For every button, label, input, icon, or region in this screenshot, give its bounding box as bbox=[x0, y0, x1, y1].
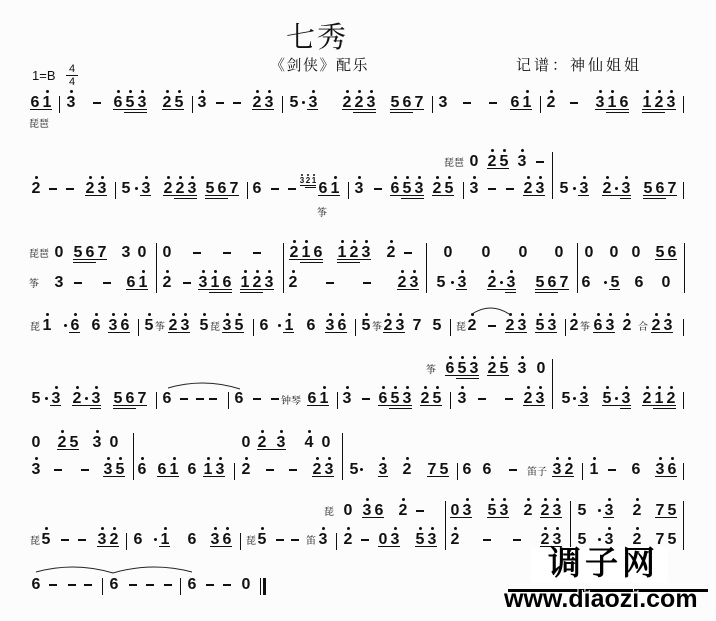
slur bbox=[472, 308, 509, 314]
slur bbox=[36, 567, 113, 573]
sheet-music-page: 七秀 《剑侠》配乐 记谱：神仙姐姐 1=B 4 4 61365325323532… bbox=[0, 0, 716, 621]
slur bbox=[113, 567, 192, 573]
slur bbox=[168, 383, 240, 389]
slur-layer bbox=[0, 0, 716, 621]
watermark-url: www.diaozi.com bbox=[504, 585, 698, 613]
watermark-site-name: 调子网 bbox=[548, 543, 659, 583]
